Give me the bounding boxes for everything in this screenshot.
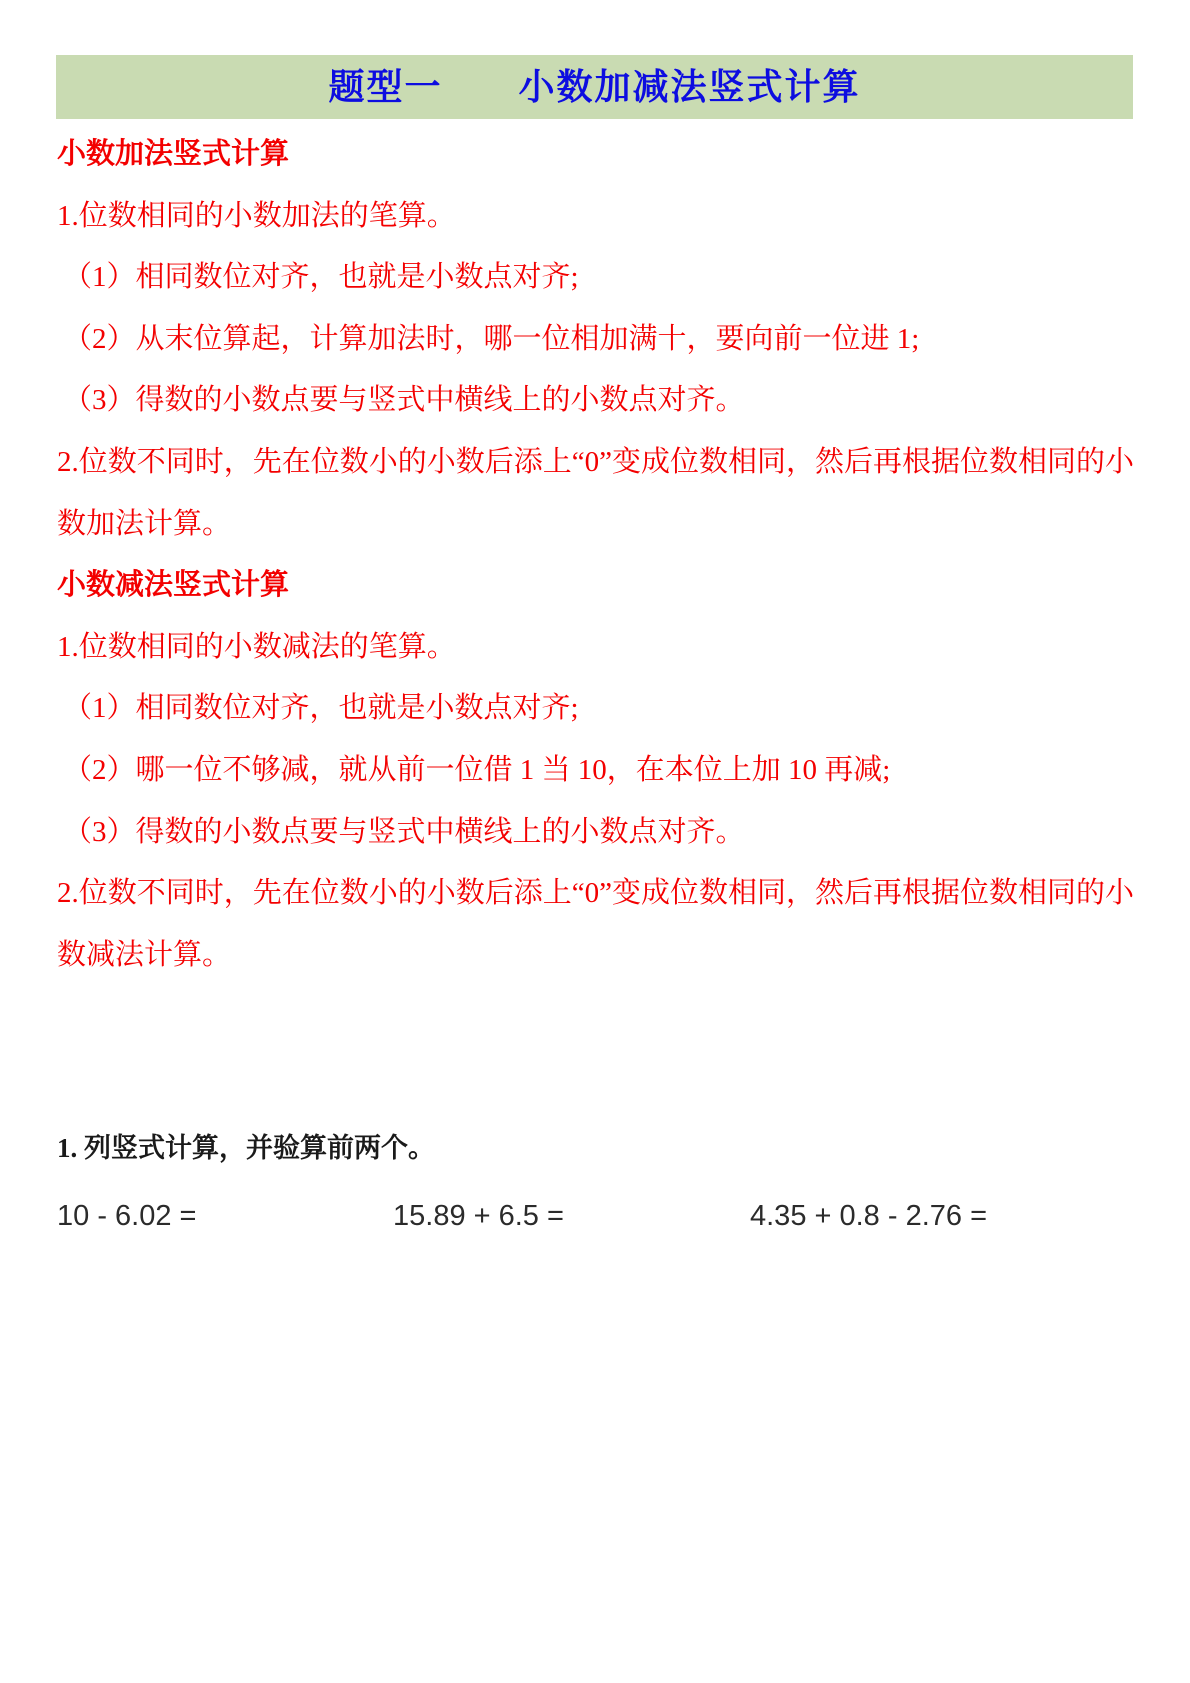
addition-rule-1: 1.位数相同的小数加法的笔算。 [57, 202, 456, 231]
worksheet-page: 题型一 小数加减法竖式计算 小数加法竖式计算 1.位数相同的小数加法的笔算。 （… [0, 0, 1190, 1683]
addition-rule-2-line-1: 2.位数不同时，先在位数小的小数后添上“0”变成位数相同，然后再根据位数相同的小 [57, 448, 1134, 477]
problem-3: 4.35 + 0.8 - 2.76 = [750, 1202, 987, 1231]
subtraction-step-2: （2）哪一位不够减，就从前一位借 1 当 10，在本位上加 10 再减; [63, 756, 890, 785]
topic-title: 题型一 小数加减法竖式计算 [328, 69, 860, 105]
problem-1: 10 - 6.02 = [57, 1202, 196, 1231]
subtraction-step-3: （3）得数的小数点要与竖式中横线上的小数点对齐。 [63, 818, 745, 847]
addition-step-3: （3）得数的小数点要与竖式中横线上的小数点对齐。 [63, 386, 745, 415]
addition-rule-2-line-2: 数加法计算。 [57, 510, 231, 539]
subtraction-rule-2-line-1: 2.位数不同时，先在位数小的小数后添上“0”变成位数相同，然后再根据位数相同的小 [57, 879, 1134, 908]
addition-step-1: （1）相同数位对齐，也就是小数点对齐; [63, 263, 579, 292]
problem-2: 15.89 + 6.5 = [393, 1202, 564, 1231]
addition-step-2: （2）从末位算起，计算加法时，哪一位相加满十，要向前一位进 1; [63, 325, 919, 354]
exercise-heading: 1. 列竖式计算，并验算前两个。 [57, 1135, 435, 1162]
subtraction-step-1: （1）相同数位对齐，也就是小数点对齐; [63, 694, 579, 723]
subtraction-section-header: 小数减法竖式计算 [57, 571, 289, 600]
addition-section-header: 小数加法竖式计算 [57, 140, 289, 169]
subtraction-rule-2-line-2: 数减法计算。 [57, 941, 231, 970]
subtraction-rule-1: 1.位数相同的小数减法的笔算。 [57, 633, 456, 662]
topic-banner: 题型一 小数加减法竖式计算 [56, 55, 1133, 119]
